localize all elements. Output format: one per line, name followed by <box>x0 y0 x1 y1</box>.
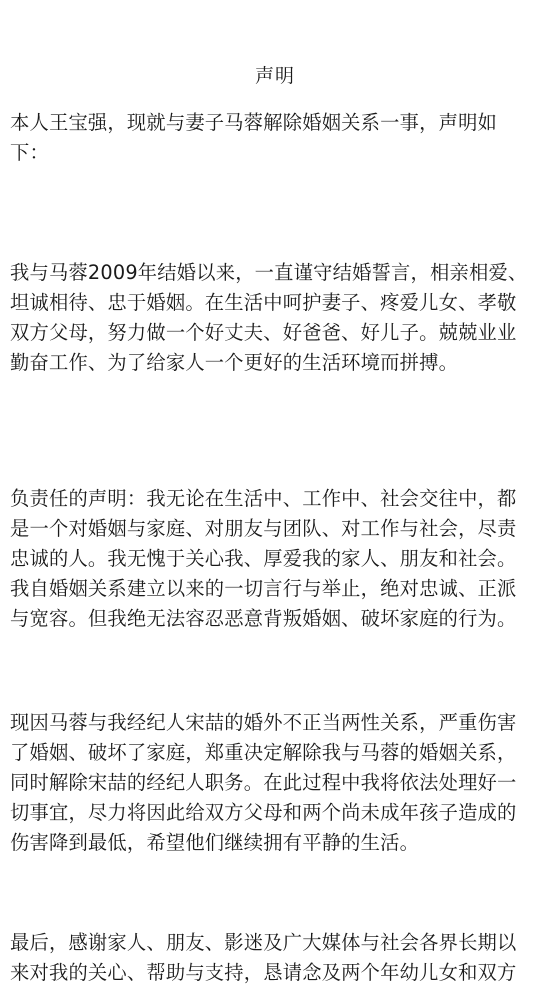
statement-document: 声明 本人王宝强，现就与妻子马蓉解除婚姻关系一事，声明如 下： 我与马蓉2009… <box>0 0 550 985</box>
paragraph-decision: 现因马蓉与我经纪人宋喆的婚外不正当两性关系，严重伤害 了婚姻、破坏了家庭，郑重决… <box>10 708 540 858</box>
paragraph-intro: 本人王宝强，现就与妻子马蓉解除婚姻关系一事，声明如 下： <box>10 108 540 168</box>
paragraph-responsible-statement: 负责任的声明：我无论在生活中、工作中、社会交往中，都 是一个对婚姻与家庭、对朋友… <box>10 484 540 634</box>
paragraph-closing: 最后，感谢家人、朋友、影迷及广大媒体与社会各界长期以 来对我的关心、帮助与支持，… <box>10 928 540 985</box>
paragraph-marriage-history: 我与马蓉2009年结婚以来，一直谨守结婚誓言，相亲相爱、 坦诚相待、忠于婚姻。在… <box>10 258 540 378</box>
document-title: 声明 <box>0 62 550 90</box>
